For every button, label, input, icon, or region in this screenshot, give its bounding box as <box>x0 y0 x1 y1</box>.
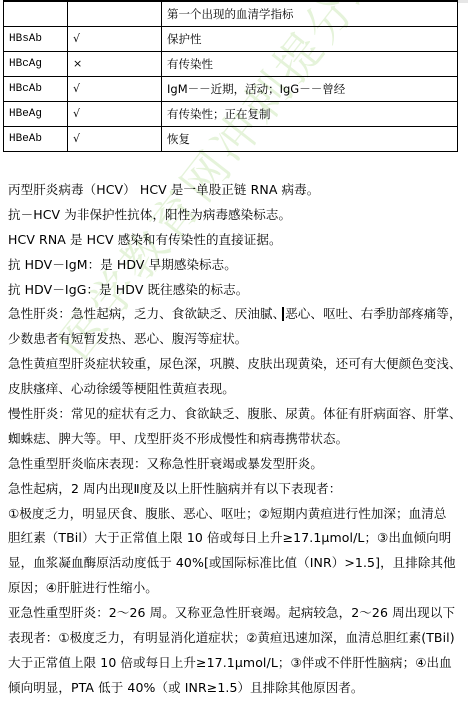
table-row: HBcAg × 有传染性 <box>4 52 458 77</box>
paragraph-hcv-intro: 丙型肝炎病毒（HCV） HCV 是一单股正链 RNA 病毒。 <box>8 178 463 203</box>
background-edge <box>458 0 468 3</box>
marker-cell: HBcAg <box>4 52 68 77</box>
paragraph-acute-hepatitis: 急性肝炎：急性起病，乏力、食欲缺乏、厌油腻、恶心、呕吐、右季肋部疼痛等， <box>8 302 463 327</box>
table-header-row: 第一个出现的血清学指标 <box>4 1 458 27</box>
header-cell-meaning: 第一个出现的血清学指标 <box>162 1 458 27</box>
table-row: HBeAb √ 恢复 <box>4 127 458 152</box>
paragraph-acute-jaundice-cont: 皮肤瘙痒、心动徐缓等梗阻性黄疸表现。 <box>8 377 463 402</box>
paragraph-subacute-criteria-3: 倾向明显，PTA 低于 40%（或 INR≥1.5）且排除其他原因者。 <box>8 676 463 701</box>
paragraph-acute-hepatitis-cont: 少数患者有短暂发热、恶心、腹泻等症状。 <box>8 327 463 352</box>
paragraph-criteria-4: 原因；④肝脏进行性缩小。 <box>8 576 463 601</box>
paragraph-anti-hdv-igg: 抗 HDV－IgG：是 HDV 既往感染的标志。 <box>8 278 463 303</box>
meaning-cell: 有传染性；正在复制 <box>162 102 458 127</box>
paragraph-subacute-criteria-1: 表现者：①极度乏力，有明显消化道症状；②黄疸迅速加深，血清总胆红素(TBil) <box>8 626 463 651</box>
table-row: HBcAb √ IgM－－近期，活动；IgG－－曾经 <box>4 77 458 102</box>
hbv-marker-table: 第一个出现的血清学指标 HBsAb √ 保护性 HBcAg × 有传染性 HBc… <box>3 0 458 152</box>
paragraph-criteria-3: 显，血浆凝血酶原活动度低于 40%[或国际标准比值（INR）>1.5]，且排除其… <box>8 551 463 576</box>
header-cell-mark <box>68 1 162 27</box>
paragraph-hcv-rna: HCV RNA 是 HCV 感染和有传染性的直接证据。 <box>8 228 463 253</box>
paragraph-acute-onset: 急性起病，2 周内出现Ⅱ度及以上肝性脑病并有以下表现者： <box>8 477 463 502</box>
table-row: HBsAb √ 保护性 <box>4 27 458 52</box>
paragraph-criteria-2: 胆红素（TBil）大于正常值上限 10 倍或每日上升≥17.1μmol/L；③出… <box>8 526 463 551</box>
meaning-cell: 保护性 <box>162 27 458 52</box>
marker-cell: HBeAb <box>4 127 68 152</box>
meaning-cell: IgM－－近期，活动；IgG－－曾经 <box>162 77 458 102</box>
marker-cell: HBcAb <box>4 77 68 102</box>
check-mark-icon: √ <box>68 127 162 152</box>
marker-cell: HBsAb <box>4 27 68 52</box>
paragraph-anti-hdv-igm: 抗 HDV－IgM：是 HDV 早期感染标志。 <box>8 253 463 278</box>
table-row: HBeAg √ 有传染性；正在复制 <box>4 102 458 127</box>
paragraph-subacute-criteria-2: 大于正常值上限 10 倍或每日上升≥17.1μmol/L；③伴或不伴肝性脑病；④… <box>8 651 463 676</box>
check-mark-icon: √ <box>68 77 162 102</box>
paragraph-acute-jaundice: 急性黄疸型肝炎症状较重，尿色深，巩膜、皮肤出现黄染，还可有大便颜色变浅、 <box>8 352 463 377</box>
paragraph-chronic-hepatitis: 慢性肝炎：常见的症状有乏力、食欲缺乏、腹胀、尿黄。体征有肝病面容、肝掌、 <box>8 402 463 427</box>
marker-cell: HBeAg <box>4 102 68 127</box>
paragraph-chronic-hepatitis-cont: 蜘蛛痣、脾大等。甲、戊型肝炎不形成慢性和病毒携带状态。 <box>8 427 463 452</box>
meaning-cell: 有传染性 <box>162 52 458 77</box>
paragraph-acute-severe: 急性重型肝炎临床表现：又称急性肝衰竭或暴发型肝炎。 <box>8 452 463 477</box>
check-mark-icon: √ <box>68 102 162 127</box>
check-mark-icon: √ <box>68 27 162 52</box>
paragraph-criteria-1: ①极度乏力，明显厌食、腹胀、恶心、呕吐；②短期内黄疸进行性加深；血清总 <box>8 502 463 527</box>
cross-mark-icon: × <box>68 52 162 77</box>
header-cell-marker <box>4 1 68 27</box>
document-body[interactable]: 丙型肝炎病毒（HCV） HCV 是一单股正链 RNA 病毒。 抗－HCV 为非保… <box>8 178 463 701</box>
paragraph-subacute-severe: 亚急性重型肝炎：2～26 周。又称亚急性肝衰竭。起病较急，2～26 周出现以下 <box>8 601 463 626</box>
paragraph-anti-hcv: 抗－HCV 为非保护性抗体，阳性为病毒感染标志。 <box>8 203 463 228</box>
meaning-cell: 恢复 <box>162 127 458 152</box>
